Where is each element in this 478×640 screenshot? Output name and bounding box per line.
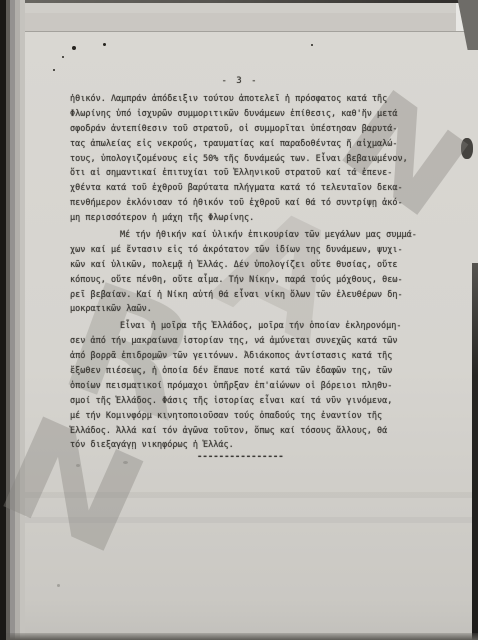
- paragraph: ἠθικόν. Λαμπράν ἀπόδειξιν τούτου ἀποτελε…: [70, 92, 412, 226]
- text-line: χθέντα κατά τοῦ ἐχθροῦ βαρύτατα πλήγματα…: [70, 181, 412, 196]
- text-line: ὅτι αἱ σημαντικαί ἐπιτυχίαι τοῦ Ἑλληνικο…: [70, 166, 412, 181]
- text-line: κόπους, οὔτε πένθη, οὔτε αἷμα. Τήν Νίκην…: [70, 273, 412, 288]
- text-line: πενθήμερον ἐκλόνισαν τό ἠθικόν τοῦ ἐχθρο…: [70, 196, 412, 211]
- text-line: κῶν καί ὑλικῶν, πολεμᾷ ἡ Ἑλλάς. Δέν ὑπολ…: [70, 258, 412, 273]
- text-line: σφοδράν ἀντεπίθεσιν τοῦ στρατοῦ, οἱ συμμ…: [70, 122, 412, 137]
- text-line: χων καί μέ ἔντασιν εἰς τό ἀκρότατον τῶν …: [70, 243, 412, 258]
- smudge-mark: [57, 584, 60, 587]
- text-line: Μέ τήν ἠθικήν καί ὑλικήν ἐπικουρίαν τῶν …: [70, 228, 412, 243]
- speckle-dot: [311, 44, 313, 46]
- scan-top-edge-shadow: [0, 0, 478, 3]
- text-line: μη περισσότερον ἡ μάχη τῆς Φλωρίνης.: [70, 211, 412, 226]
- speckle-dot: [103, 43, 106, 46]
- text-line: τας ἀπωλείας εἰς νεκρούς, τραυματίας καί…: [70, 137, 412, 152]
- text-line: μοκρατικῶν λαῶν.: [70, 302, 412, 317]
- page-number: - 3 -: [70, 76, 410, 86]
- text-line: ἀπό βορρᾶ ἐπιδρομῶν τῶν γειτόνων. Ἀδιάκο…: [70, 349, 412, 364]
- text-line: σμοί τῆς Ἑλλάδος. Φάσις τῆς ἱστορίας εἶν…: [70, 394, 412, 409]
- separator-dashes: ----------------: [197, 452, 284, 462]
- speckle-dot: [72, 46, 76, 50]
- text-line: ἠθικόν. Λαμπράν ἀπόδειξιν τούτου ἀποτελε…: [70, 92, 412, 107]
- scanned-document-page: N R A N - 3 - ἠθικόν. Λαμπράν ἀπόδειξιν …: [0, 0, 478, 640]
- speckle-dot: [62, 56, 64, 58]
- speckle-dot: [53, 69, 55, 71]
- text-line: ὁποίων πεισματικοί πρόμαχοι ὑπῆρξαν ἐπ'α…: [70, 379, 412, 394]
- text-line: τους, ὑπολογιζομένους εἰς 50% τῆς δυνάμε…: [70, 152, 412, 167]
- text-line: Φλωρίνης ὑπό ἰσχυρῶν συμμοριτικῶν δυνάμε…: [70, 107, 412, 122]
- text-line: Εἶναι ἡ μοῖρα τῆς Ἑλλάδος, μοῖρα τήν ὁπο…: [70, 319, 412, 334]
- text-line: σεν ἀπό τήν μακραίωνα ἱστορίαν της, νά ἀ…: [70, 334, 412, 349]
- text-line: ρεῖ βεβαίαν. Καί ἡ Νίκη αὐτή θά εἶναι νί…: [70, 288, 412, 303]
- under-sheet-edge: [12, 13, 468, 32]
- text-line: Ἑλλάδος. Ἀλλά καί τόν ἀγῶνα τοῦτον, ὅπως…: [70, 424, 412, 439]
- paragraph: Εἶναι ἡ μοῖρα τῆς Ἑλλάδος, μοῖρα τήν ὁπο…: [70, 319, 412, 453]
- document-body: ἠθικόν. Λαμπράν ἀπόδειξιν τούτου ἀποτελε…: [70, 92, 412, 453]
- right-edge-shadow: [472, 263, 478, 640]
- text-line: ἔξωθεν πιέσεως, ἡ ὁποία δέν ἔπαυε ποτέ κ…: [70, 364, 412, 379]
- paragraph: Μέ τήν ἠθικήν καί ὑλικήν ἐπικουρίαν τῶν …: [70, 228, 412, 317]
- text-line: μέ τήν Κομινφόρμ κινητοποιοῦσαν τούς ὀπα…: [70, 409, 412, 424]
- bottom-edge-shadow: [6, 633, 478, 640]
